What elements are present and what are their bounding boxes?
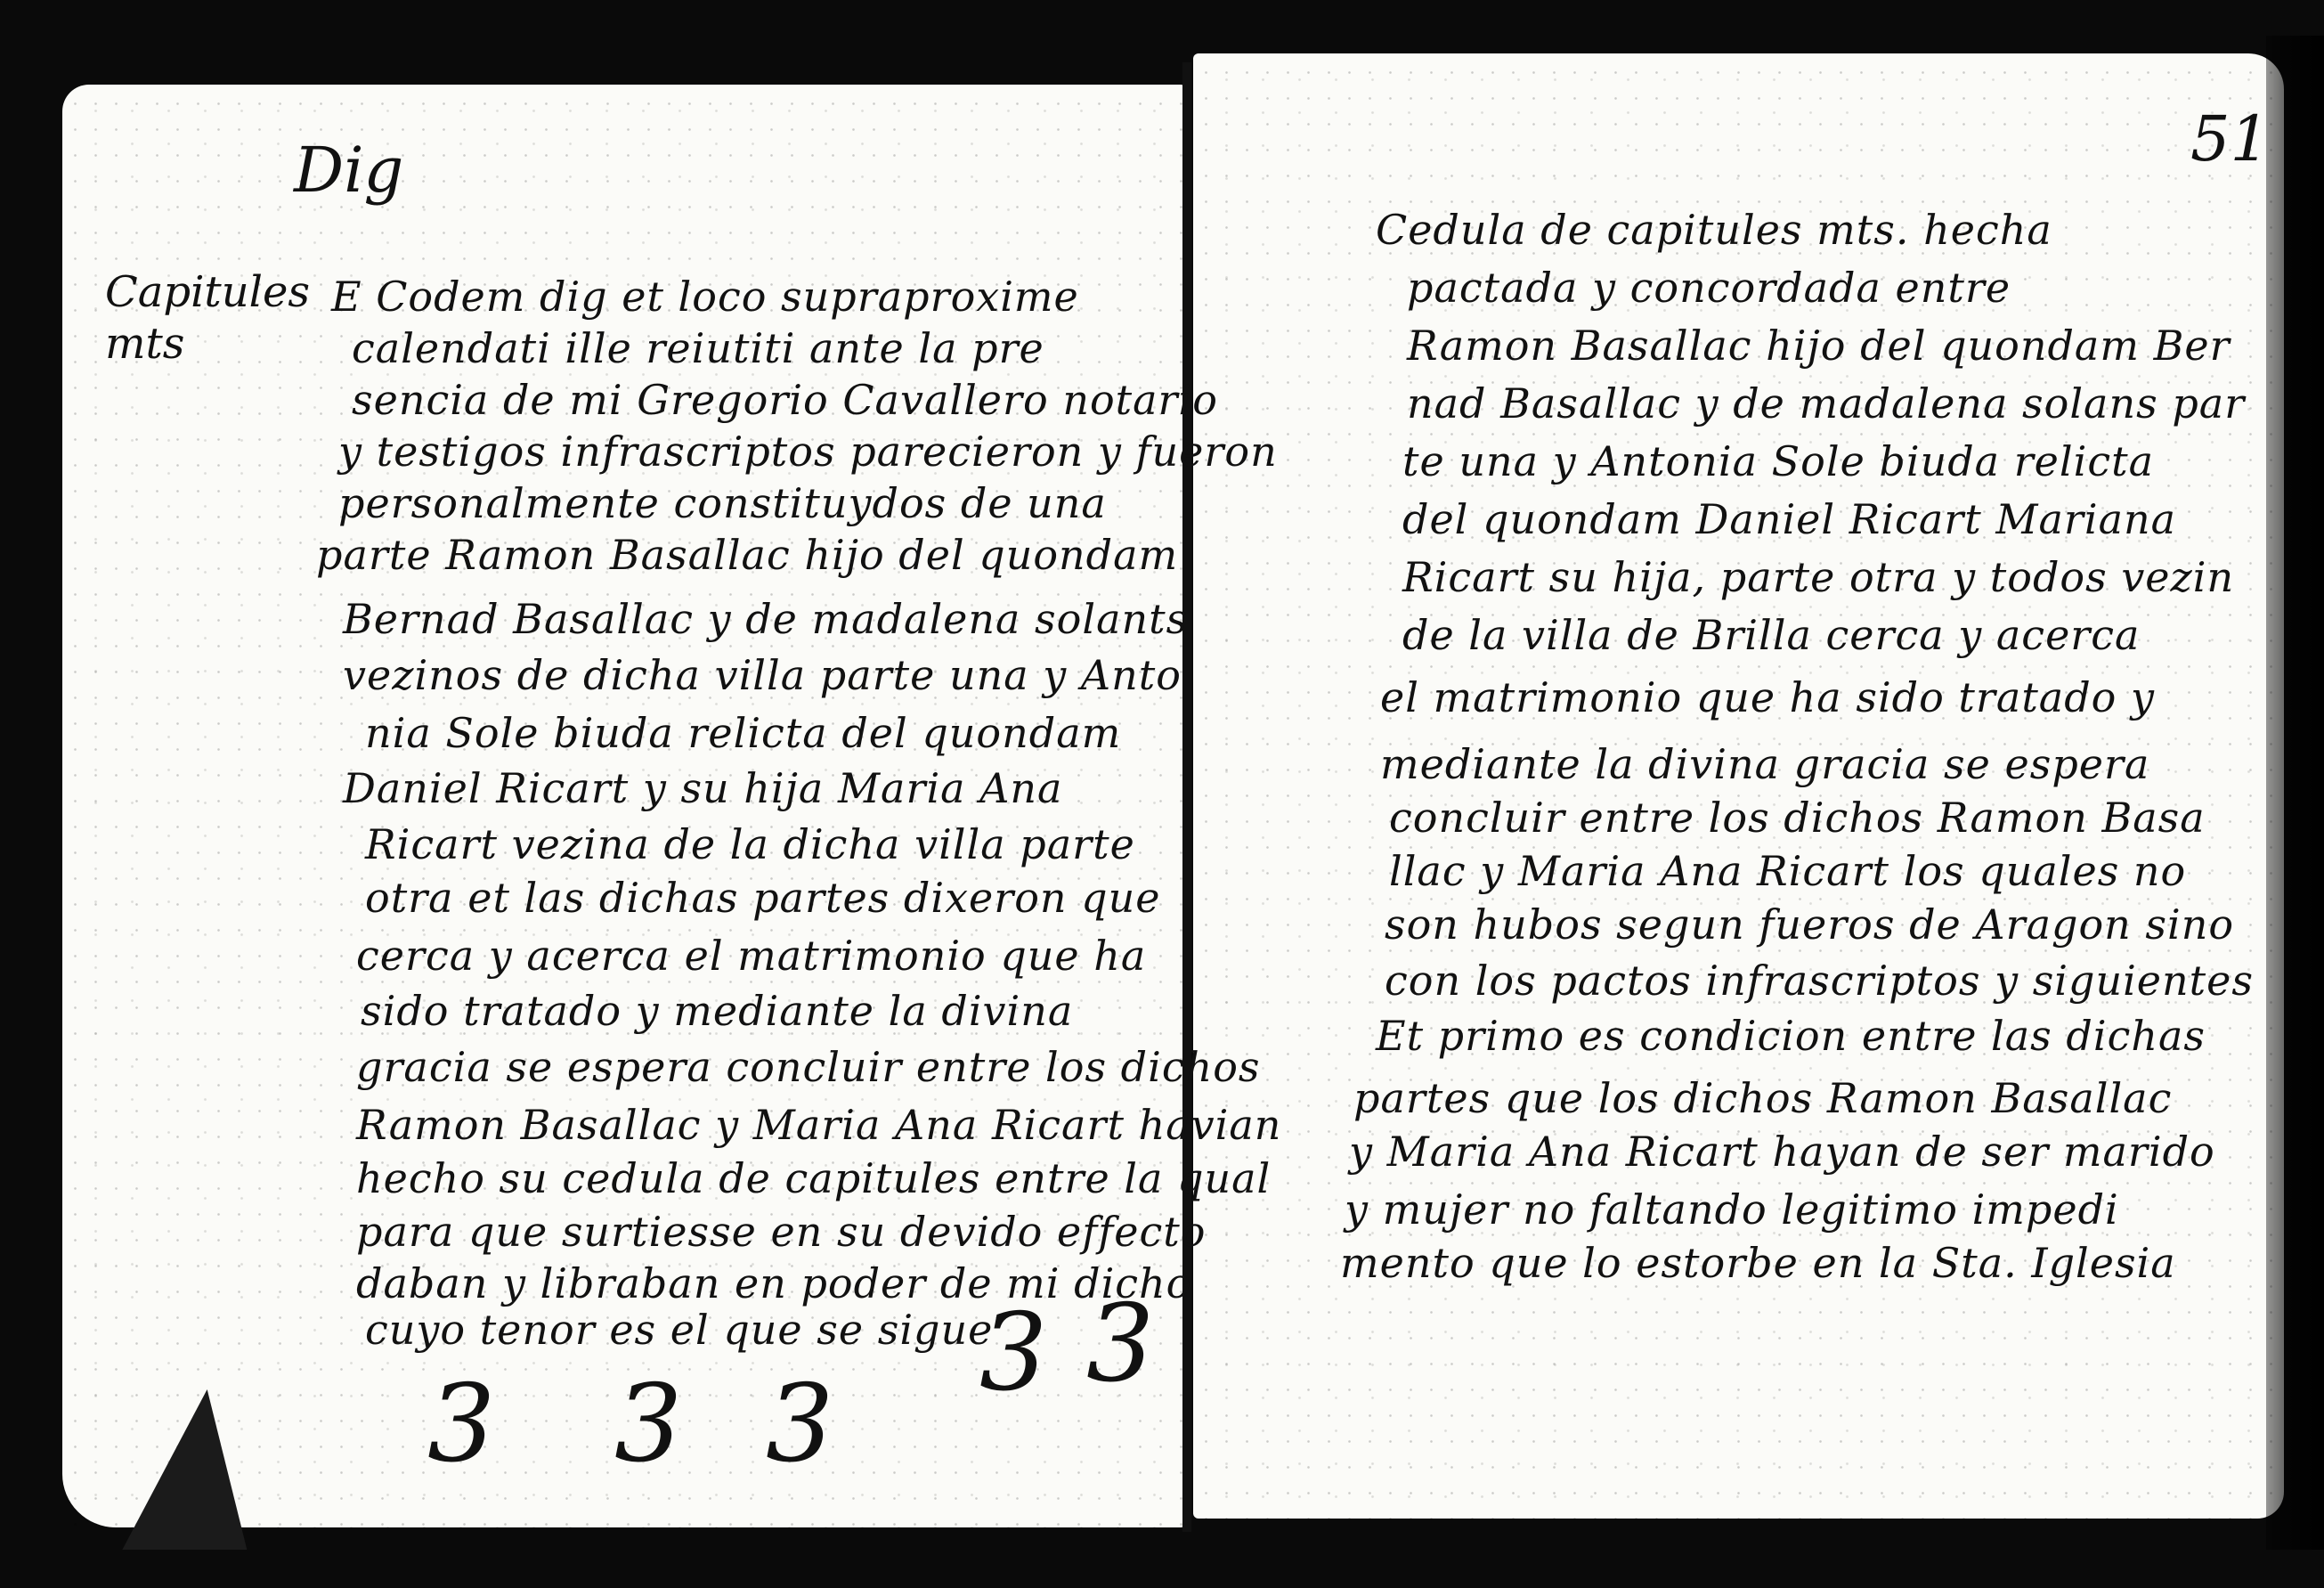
binding-tab xyxy=(122,1389,269,1550)
right-edge-shadow xyxy=(2266,36,2324,1550)
line-filler-flourish: 3 xyxy=(1086,1283,1154,1406)
text-line: y mujer no faltando legitimo impedi xyxy=(1345,1189,2119,1230)
text-line: llac y Maria Ana Ricart los quales no xyxy=(1389,851,2186,892)
text-line: parte Ramon Basallac hijo del quondam xyxy=(316,534,1178,575)
text-line: personalmente constituydos de una xyxy=(338,483,1107,524)
text-line: para que surtiesse en su devido effecto xyxy=(356,1211,1206,1252)
text-line: E Codem dig et loco supraproxime xyxy=(331,276,1079,317)
text-line: nad Basallac y de madalena solans par xyxy=(1407,383,2245,424)
text-line: Cedula de capitules mts. hecha xyxy=(1376,209,2052,250)
text-line: del quondam Daniel Ricart Mariana xyxy=(1402,499,2176,540)
text-line: partes que los dichos Ramon Basallac xyxy=(1353,1078,2172,1119)
text-line: Et primo es condicion entre las dichas xyxy=(1376,1015,2206,1056)
text-line: el matrimonio que ha sido tratado y xyxy=(1380,677,2155,718)
text-line: pactada y concordada entre xyxy=(1407,267,2011,308)
line-filler-flourish: 3 xyxy=(427,1363,495,1486)
text-line: y testigos infrascriptos parecieron y fu… xyxy=(338,431,1278,472)
text-line: sencia de mi Gregorio Cavallero notario xyxy=(352,379,1218,420)
text-line: daban y libraban en poder de mi dicho xyxy=(356,1263,1191,1304)
text-line: vezinos de dicha villa parte una y Anto xyxy=(343,655,1182,696)
text-line: concluir entre los dichos Ramon Basa xyxy=(1389,797,2206,838)
text-line: gracia se espera concluir entre los dich… xyxy=(356,1046,1261,1087)
page-number: 51 xyxy=(2190,102,2270,175)
text-line: mediante la divina gracia se espera xyxy=(1380,744,2149,785)
text-line: mento que lo estorbe en la Sta. Iglesia xyxy=(1340,1242,2176,1283)
text-line: otra et las dichas partes dixeron que xyxy=(365,877,1160,918)
text-line: te una y Antonia Sole biuda relicta xyxy=(1402,441,2154,482)
line-filler-flourish: 3 xyxy=(979,1291,1047,1415)
margin-note-line: mts xyxy=(105,319,310,371)
text-line: Ricart su hija, parte otra y todos vezin xyxy=(1402,557,2234,598)
book-gutter xyxy=(1182,62,1191,1532)
line-filler-flourish: 3 xyxy=(614,1363,682,1486)
text-line: Ricart vezina de la dicha villa parte xyxy=(365,824,1135,865)
text-line: Ramon Basallac hijo del quondam Ber xyxy=(1407,325,2231,366)
text-line: cerca y acerca el matrimonio que ha xyxy=(356,935,1146,976)
text-line: sido tratado y mediante la divina xyxy=(361,990,1073,1031)
text-line: Ramon Basallac y Maria Ana Ricart havian xyxy=(356,1104,1281,1145)
text-line: y Maria Ana Ricart hayan de ser marido xyxy=(1349,1131,2215,1172)
text-line: Daniel Ricart y su hija Maria Ana xyxy=(343,768,1063,809)
text-line: con los pactos infrascriptos y siguiente… xyxy=(1385,960,2254,1001)
text-line: de la villa de Brilla cerca y acerca xyxy=(1402,615,2140,656)
folio-mark: Dig xyxy=(294,134,403,207)
text-line: hecho su cedula de capitules entre la qu… xyxy=(356,1158,1271,1199)
text-line: nia Sole biuda relicta del quondam xyxy=(365,713,1121,753)
text-line: calendati ille reiutiti ante la pre xyxy=(352,328,1044,369)
margin-note-line: Capitules xyxy=(105,267,310,319)
margin-note: Capitules mts xyxy=(105,267,310,370)
line-filler-flourish: 3 xyxy=(766,1363,833,1486)
text-line: cuyo tenor es el que se sigue xyxy=(365,1309,993,1350)
text-line: son hubos segun fueros de Aragon sino xyxy=(1385,904,2234,945)
text-line: Bernad Basallac y de madalena solants xyxy=(343,599,1188,639)
